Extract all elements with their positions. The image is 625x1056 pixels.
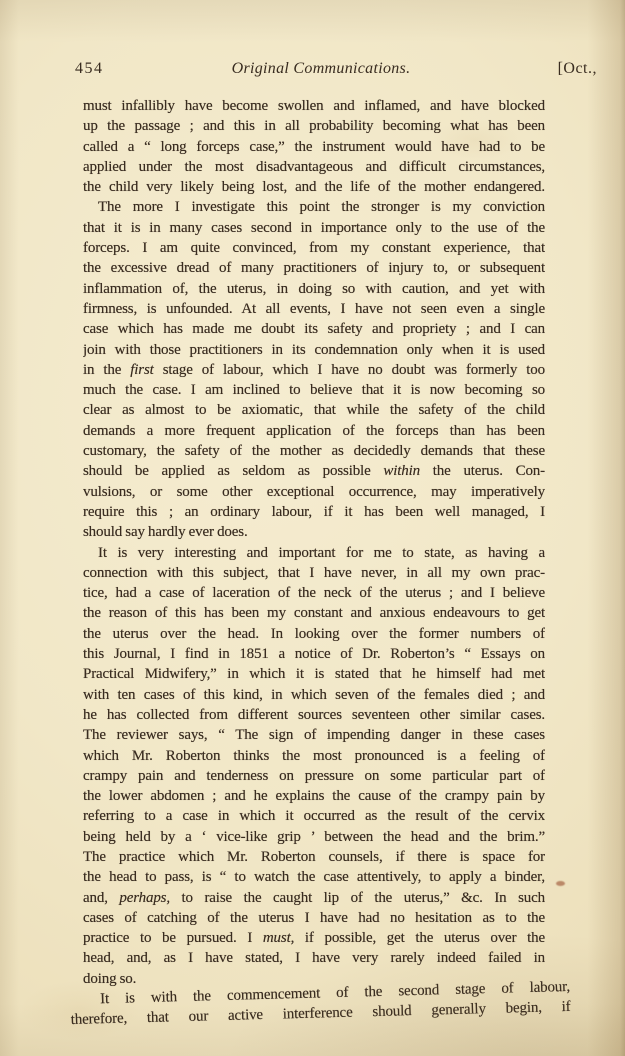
text-line: The practice which Mr. Roberton counsels… xyxy=(83,847,545,867)
text-line: require this ; an ordinary labour, if it… xyxy=(83,502,545,522)
text-line: that it is in many cases second in impor… xyxy=(83,218,545,238)
text-line: applied under the most disadvantageous a… xyxy=(83,157,545,177)
text-line: head, and, as I have stated, I have very… xyxy=(83,948,545,968)
text-line: the head to pass, is “ to watch the case… xyxy=(83,867,545,887)
paragraph: must infallibly have become swollen and … xyxy=(83,96,545,197)
text-line: crampy pain and tenderness on pressure o… xyxy=(83,766,545,786)
text-line: the child very likely being lost, and th… xyxy=(83,177,545,197)
text-line: forceps. I am quite convinced, from my c… xyxy=(83,238,545,258)
text-line: must infallibly have become swollen and … xyxy=(83,96,545,116)
paragraph: It is very interesting and important for… xyxy=(83,543,545,990)
text-line: being held by a ‘ vice-like grip ’ betwe… xyxy=(83,827,545,847)
text-line: cases of catching of the uterus I have h… xyxy=(83,908,545,928)
text-line: join with those practitioners in its con… xyxy=(83,340,545,360)
text-line: called a “ long forceps case,” the instr… xyxy=(83,137,545,157)
text-line: clear as almost to be axiomatic, that wh… xyxy=(83,400,545,420)
text-line: should be applied as seldom as possible … xyxy=(83,461,545,481)
text-line: vulsions, or some other exceptional occu… xyxy=(83,482,545,502)
text-line: inflammation of, the uterus, in doing so… xyxy=(83,279,545,299)
text-line: It is very interesting and important for… xyxy=(83,543,545,563)
text-line: referring to a case in which it occurred… xyxy=(83,806,545,826)
text-line: should say hardly ever does. xyxy=(83,522,545,542)
text-line: Practical Midwifery,” in which it is sta… xyxy=(83,664,545,684)
ink-speck xyxy=(556,881,565,886)
text-line: the reason of this has been my constant … xyxy=(83,603,545,623)
text-line: much the case. I am inclined to believe … xyxy=(83,380,545,400)
issue-month-label: [Oct., xyxy=(558,60,597,78)
text-line: this Journal, I find in 1851 a notice of… xyxy=(83,644,545,664)
text-line: which Mr. Roberton thinks the most prono… xyxy=(83,746,545,766)
paragraph: The more I investigate this point the st… xyxy=(83,197,545,542)
text-line: The reviewer says, “ The sign of impendi… xyxy=(83,725,545,745)
text-line: case which has made me doubt its safety … xyxy=(83,319,545,339)
text-line: The more I investigate this point the st… xyxy=(83,197,545,217)
text-line: he has collected from different sources … xyxy=(83,705,545,725)
text-line: practice to be pursued. I must, if possi… xyxy=(83,928,545,948)
text-line: and, perhaps, to raise the caught lip of… xyxy=(83,888,545,908)
text-line: the uterus over the head. In looking ove… xyxy=(83,624,545,644)
text-line: firmness, is unfounded. At all events, I… xyxy=(83,299,545,319)
text-line: tice, had a case of laceration of the ne… xyxy=(83,583,545,603)
page-header: 454 Original Communications. [Oct., xyxy=(75,60,597,82)
text-line: connection with this subject, that I hav… xyxy=(83,563,545,583)
scanned-book-page: 454 Original Communications. [Oct., must… xyxy=(0,0,625,1056)
text-line: the lower abdomen ; and he explains the … xyxy=(83,786,545,806)
text-line: customary, the safety of the mother as d… xyxy=(83,441,545,461)
text-line: up the passage ; and this in all probabi… xyxy=(83,116,545,136)
text-block: must infallibly have become swollen and … xyxy=(83,96,545,1031)
text-line: in the first stage of labour, which I ha… xyxy=(83,360,545,380)
running-title: Original Communications. xyxy=(75,60,567,78)
text-line: the excessive dread of many practitioner… xyxy=(83,258,545,278)
text-line: demands a more frequent application of t… xyxy=(83,421,545,441)
text-line: with ten cases of this kind, in which se… xyxy=(83,685,545,705)
